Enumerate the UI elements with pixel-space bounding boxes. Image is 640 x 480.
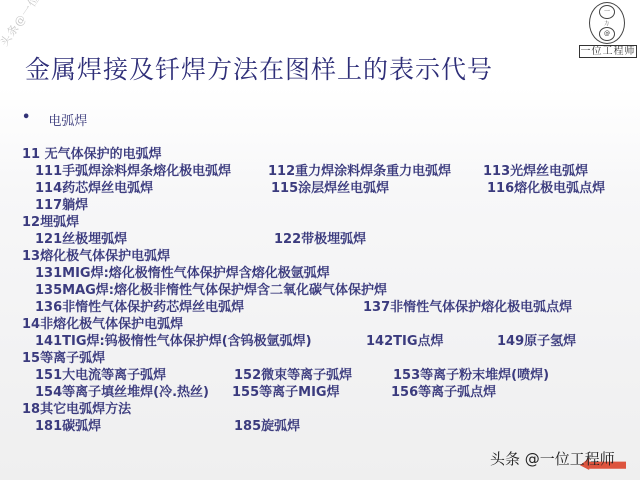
list-item: 116熔化极电弧点焊 [487,180,605,198]
list-item: 142TIG点焊 [366,333,444,351]
list-item: 153等离子粉末堆焊(喷焊) [393,367,549,385]
list-item: 155等离子MIG焊 [232,384,340,402]
list-item: 156等离子弧点焊 [391,384,496,402]
list-item: 131MIG焊:熔化极惰性气体保护焊含熔化极氩弧焊 [35,265,330,283]
list-item: 181碳弧焊 [35,418,101,436]
list-item: 151大电流等离子弧焊 [35,367,166,385]
list-item: 185旋弧焊 [234,418,300,436]
footer-watermark: 头条 @一位工程师 [490,448,615,469]
list-item: 135MAG焊:熔化极非惰性气体保护焊含二氧化碳气体保护焊 [35,282,387,300]
group-heading: 18其它电弧焊方法 [22,401,131,419]
bullet-label: 电弧焊 [48,110,87,129]
list-item: 152微束等离子弧焊 [234,367,352,385]
logo-label: 一位工程师 [579,45,637,58]
list-item: 137非惰性气体保护熔化极电弧点焊 [363,299,572,317]
list-item: 111手弧焊涂料焊条熔化极电弧焊 [35,163,231,181]
group-heading: 14非熔化极气体保护电弧焊 [22,316,183,334]
list-item: 117躺焊 [35,197,88,215]
group-heading: 11 无气体保护的电弧焊 [22,146,162,164]
group-heading: 13熔化极气体保护电弧焊 [22,248,170,266]
logo-circle-icon: 一 力 @ [589,2,625,44]
group-heading: 12埋弧焊 [22,214,79,232]
list-item: 154等离子填丝堆焊(冷.热丝) [35,384,209,402]
list-item: 115涂层焊丝电弧焊 [271,180,389,198]
diagonal-watermark: 头条@一位工程师 [0,0,64,49]
logo-top-circle-icon: 一 [599,5,615,19]
list-item: 121丝极埋弧焊 [35,231,127,249]
logo-bottom-circle-icon: @ [599,27,615,41]
list-item: 112重力焊涂料焊条重力电弧焊 [268,163,451,181]
page-title: 金属焊接及钎焊方法在图样上的表示代号 [25,50,493,86]
bullet-item-arc-welding: • 电弧焊 [22,110,87,129]
group-heading: 15等离子弧焊 [22,350,105,368]
list-item: 136非惰性气体保护药芯焊丝电弧焊 [35,299,244,317]
list-item: 141TIG焊:钨极惰性气体保护焊(含钨极氩弧焊) [35,333,312,351]
brand-logo: 一 力 @ 一位工程师 [578,2,638,58]
list-item: 149原子氢焊 [497,333,576,351]
list-item: 122带极埋弧焊 [274,231,366,249]
logo-mid-glyph: 力 [604,20,609,27]
list-item: 114药芯焊丝电弧焊 [35,180,153,198]
bullet-icon: • [22,110,30,129]
list-item: 113光焊丝电弧焊 [483,163,588,181]
